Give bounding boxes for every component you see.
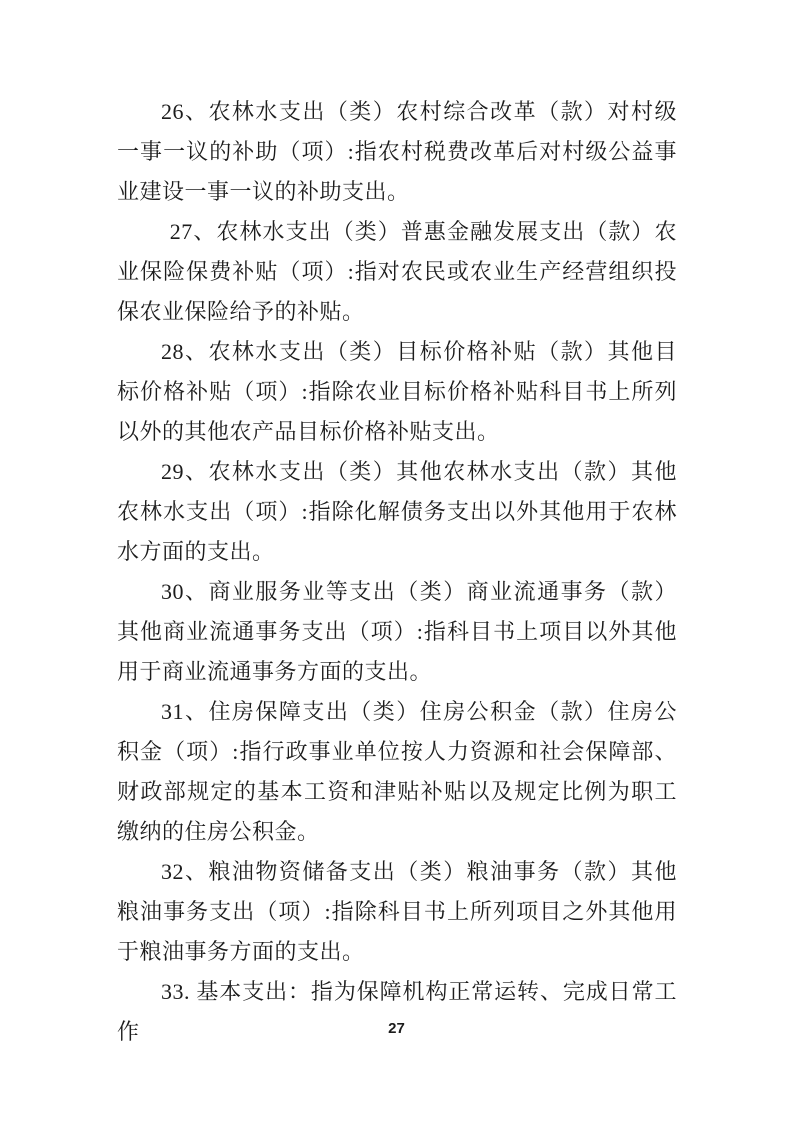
paragraph-item-29: 29、农林水支出（类）其他农林水支出（款）其他农林水支出（项）:指除化解债务支出… (117, 452, 677, 572)
page-footer: 27 (0, 1020, 793, 1038)
paragraph-item-32: 32、粮油物资储备支出（类）粮油事务（款）其他粮油事务支出（项）:指除科目书上所… (117, 852, 677, 972)
paragraph-item-30: 30、商业服务业等支出（类）商业流通事务（款）其他商业流通事务支出（项）:指科目… (117, 572, 677, 692)
paragraph-item-27: 27、农林水支出（类）普惠金融发展支出（款）农业保险保费补贴（项）:指对农民或农… (117, 212, 677, 332)
document-body: 26、农林水支出（类）农村综合改革（款）对村级一事一议的补助（项）:指农村税费改… (117, 92, 677, 1052)
paragraph-item-28: 28、农林水支出（类）目标价格补贴（款）其他目标价格补贴（项）:指除农业目标价格… (117, 332, 677, 452)
page-number: 27 (388, 1020, 405, 1037)
document-page: 26、农林水支出（类）农村综合改革（款）对村级一事一议的补助（项）:指农村税费改… (0, 0, 793, 1122)
paragraph-item-26: 26、农林水支出（类）农村综合改革（款）对村级一事一议的补助（项）:指农村税费改… (117, 92, 677, 212)
paragraph-item-33: 33. 基本支出：指为保障机构正常运转、完成日常工作 (117, 972, 677, 1052)
paragraph-item-31: 31、住房保障支出（类）住房公积金（款）住房公积金（项）:指行政事业单位按人力资… (117, 692, 677, 852)
